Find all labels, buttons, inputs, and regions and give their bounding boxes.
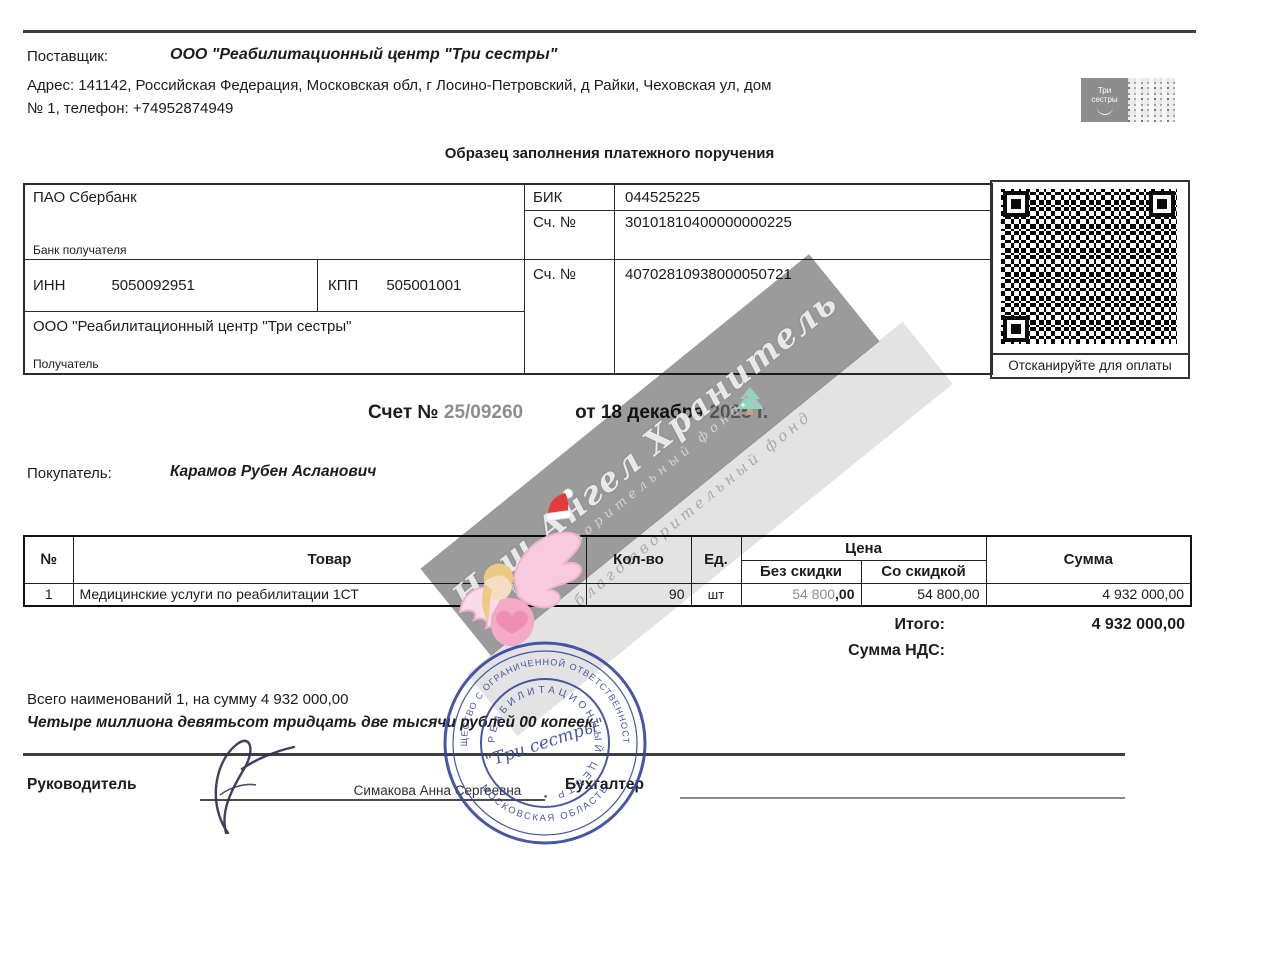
recipient-name: ООО "Реабилитационный центр "Три сестры"	[33, 318, 352, 335]
qr-finder-icon	[1149, 191, 1175, 217]
recipient-label: Получатель	[33, 357, 99, 371]
supplier-address-line2: № 1, телефон: +74952874949	[27, 100, 233, 117]
inn-label: ИНН	[33, 277, 65, 294]
logo-smile-icon	[1097, 106, 1113, 115]
logo-text-line1: Три	[1098, 86, 1111, 95]
row-price-base: 54 800,00	[741, 583, 861, 606]
kpp-cell: КПП 505001001	[318, 260, 525, 312]
row-num: 1	[24, 583, 73, 606]
qr-caption: Отсканируйте для оплаты	[990, 353, 1190, 379]
document-subtitle: Образец заполнения платежного поручения	[23, 145, 1196, 162]
company-stamp: ОБЩЕСТВО С ОГРАНИЧЕННОЙ ОТВЕТСТВЕННОСТЬЮ…	[438, 636, 652, 855]
bank-label: Банк получателя	[33, 243, 126, 257]
row-price-base-kop: ,00	[835, 586, 854, 602]
director-signature	[190, 735, 320, 850]
account-label: Сч. №	[525, 260, 615, 373]
total-value: 4 932 000,00	[985, 616, 1185, 634]
row-price-base-main: 54 800	[792, 586, 835, 602]
supplier-address-line1: Адрес: 141142, Российская Федерация, Мос…	[27, 77, 771, 94]
logo-photo	[1128, 78, 1175, 122]
recipient-cell: ООО "Реабилитационный центр "Три сестры"…	[25, 312, 525, 373]
row-price-discount: 54 800,00	[861, 583, 986, 606]
bik-label: БИК	[525, 185, 615, 211]
inn-value: 5050092951	[111, 277, 194, 294]
col-header-price-discount: Со скидкой	[861, 560, 986, 583]
svg-text:МОСКОВСКАЯ ОБЛАСТЬ: МОСКОВСКАЯ ОБЛАСТЬ	[479, 783, 612, 824]
col-header-num: №	[24, 536, 73, 583]
col-header-price-base: Без скидки	[741, 560, 861, 583]
supplier-label: Поставщик:	[27, 48, 108, 65]
buyer-name: Карамов Рубен Асланович	[170, 463, 376, 481]
invoice-title-label: Счет №	[368, 402, 444, 423]
corr-account-value: 30101810400000000225	[615, 211, 991, 260]
director-label: Руководитель	[27, 776, 137, 794]
logo-text-line2: сестры	[1091, 95, 1117, 104]
company-logo: Три сестры	[1081, 78, 1175, 122]
christmas-tree-icon	[730, 385, 770, 424]
qr-code-box	[990, 180, 1190, 355]
stamp-ring-bottom-text: МОСКОВСКАЯ ОБЛАСТЬ	[479, 783, 612, 824]
qr-finder-icon	[1003, 191, 1029, 217]
invoice-page: Поставщик: ООО "Реабилитационный центр "…	[0, 0, 1280, 965]
col-header-sum: Сумма	[986, 536, 1191, 583]
vat-label: Сумма НДС:	[645, 642, 945, 660]
qr-finder-icon	[1003, 316, 1029, 342]
buyer-label: Покупатель:	[27, 465, 112, 482]
row-sum: 4 932 000,00	[986, 583, 1191, 606]
items-summary: Всего наименований 1, на сумму 4 932 000…	[27, 691, 348, 708]
qr-code	[1001, 189, 1177, 344]
col-header-price: Цена	[741, 536, 986, 560]
top-divider	[23, 30, 1196, 33]
accountant-signature-line	[680, 797, 1125, 799]
kpp-label: КПП	[328, 277, 358, 294]
supplier-name: ООО "Реабилитационный центр "Три сестры"	[170, 46, 557, 64]
kpp-value: 505001001	[386, 277, 461, 294]
corr-account-label: Сч. №	[525, 211, 615, 260]
bank-name-cell: ПАО Сбербанк Банк получателя	[25, 185, 525, 260]
bank-name: ПАО Сбербанк	[33, 189, 137, 206]
bik-value: 044525225	[615, 185, 991, 211]
total-label: Итого:	[645, 616, 945, 634]
inn-cell: ИНН 5050092951	[25, 260, 318, 312]
logo-text-block: Три сестры	[1081, 78, 1128, 122]
invoice-number: 25/09260	[444, 402, 523, 423]
